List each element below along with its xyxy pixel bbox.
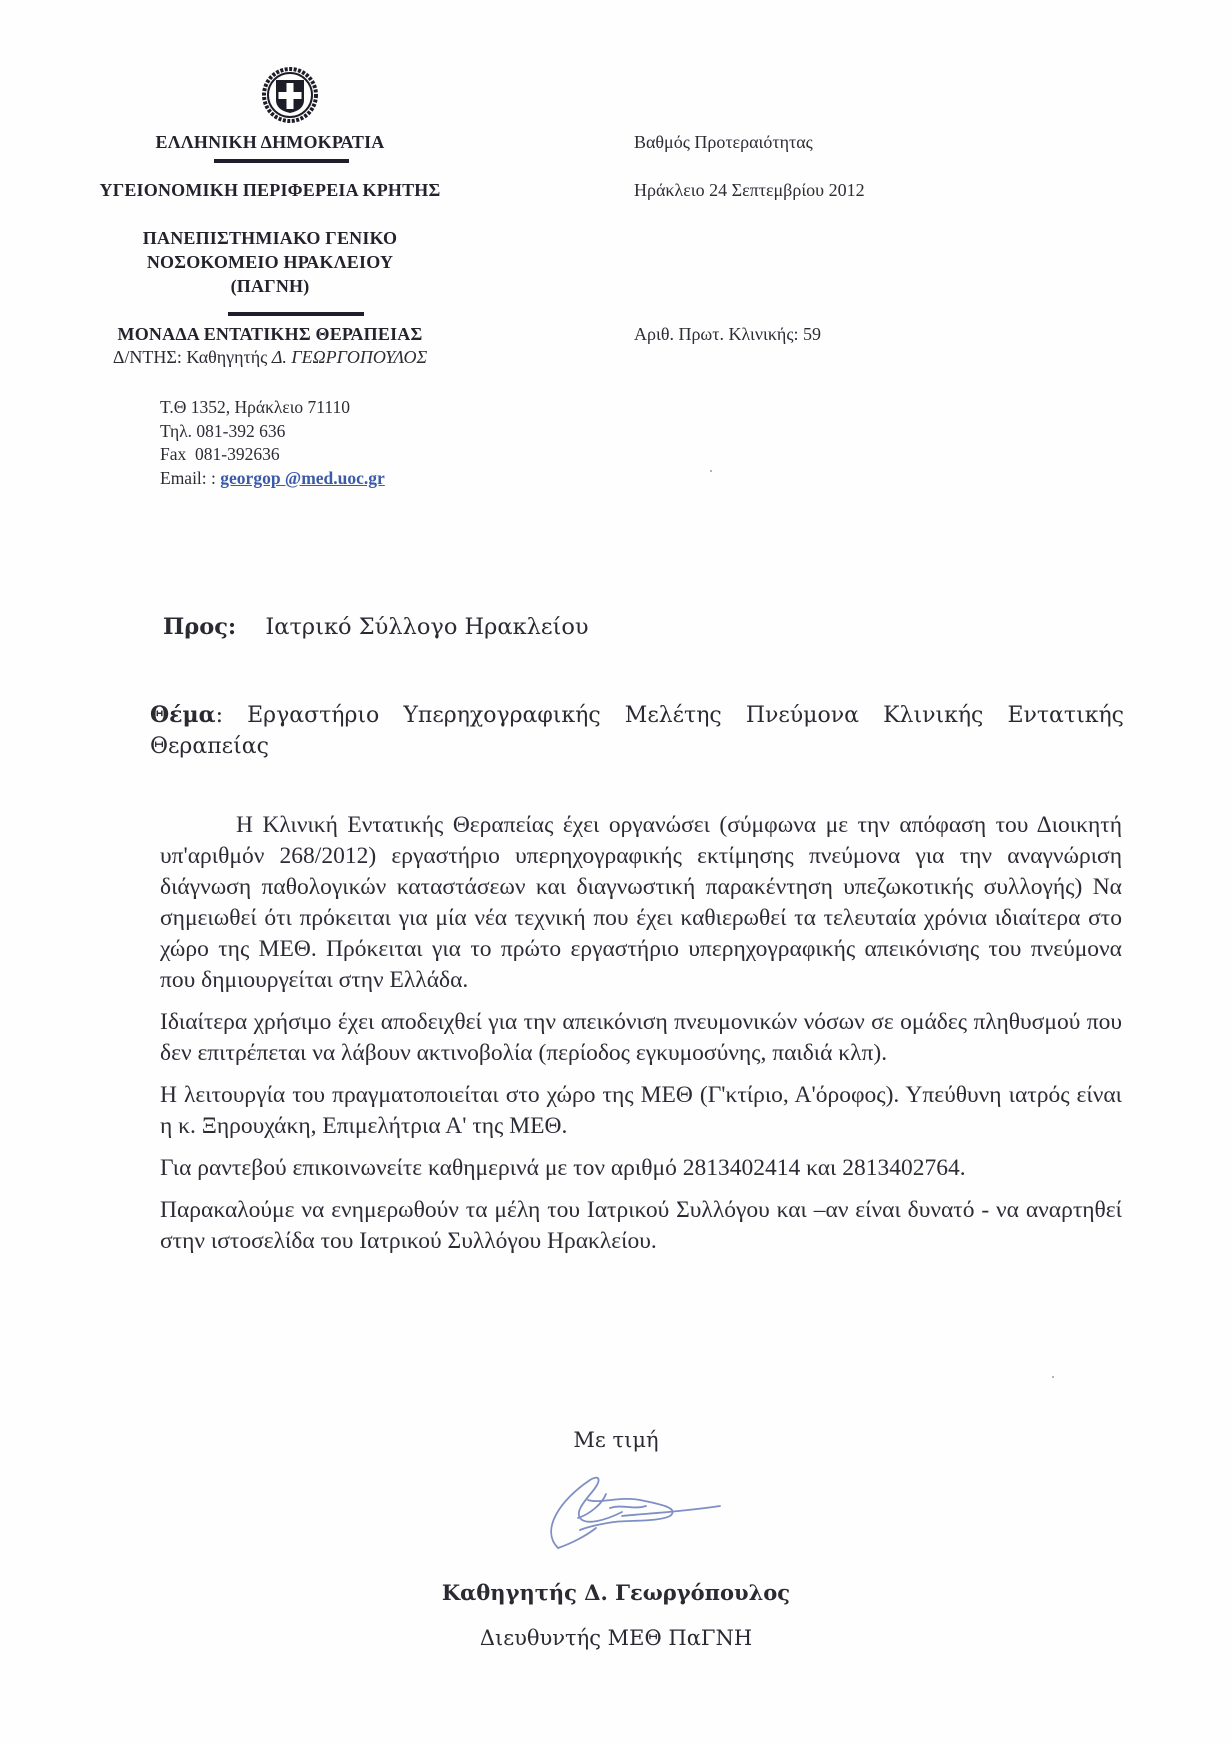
subject-continuation: Θεραπείας: [150, 731, 1124, 762]
place-and-date: Ηράκλειο 24 Σεπτεμβρίου 2012: [634, 180, 865, 201]
salutation: Με τιμή: [0, 1428, 1232, 1452]
subject-word: Μελέτης: [625, 700, 722, 731]
region-heading: ΥΓΕΙΟΝΟΜΙΚΗ ΠΕΡΙΦΕΡΕΙΑ ΚΡΗΤΗΣ: [0, 180, 540, 201]
email-link[interactable]: georgop @med.uoc.gr: [220, 468, 385, 488]
subject-block: Θέμα: ΕργαστήριοΥπερηχογραφικήςΜελέτηςΠν…: [150, 700, 1124, 762]
body-paragraph: Η Κλινική Εντατικής Θεραπείας έχει οργαν…: [160, 810, 1122, 996]
fax-number: Fax 081-392636: [160, 443, 385, 467]
hospital-heading-line1: ΠΑΝΕΠΙΣΤΗΜΙΑΚΟ ΓΕΝΙΚΟ: [0, 228, 540, 249]
director-label: Δ/ΝΤΗΣ:: [113, 347, 182, 367]
phone-number: Τηλ. 081-392 636: [160, 420, 385, 444]
letter-body: Η Κλινική Εντατικής Θεραπείας έχει οργαν…: [160, 810, 1122, 1268]
subject-label: Θέμα:: [150, 700, 223, 731]
director-line: Δ/ΝΤΗΣ: Καθηγητής Δ. ΓΕΩΡΓΟΠΟΥΛΟΣ: [0, 347, 540, 368]
unit-heading: ΜΟΝΑΔΑ ΕΝΤΑΤΙΚΗΣ ΘΕΡΑΠΕΙΑΣ: [0, 324, 540, 345]
hospital-divider: [228, 312, 364, 316]
priority-level: Βαθμός Προτεραιότητας: [634, 132, 813, 153]
heading-divider: [214, 159, 349, 163]
body-paragraph: Για ραντεβού επικοινωνείτε καθημερινά με…: [160, 1153, 1122, 1184]
greek-coat-of-arms-icon: [261, 66, 319, 124]
subject-word: Πνεύμονα: [746, 700, 859, 731]
recipient-value: Ιατρικό Σύλλογο Ηρακλείου: [265, 614, 588, 640]
email-line: Email: : georgop @med.uoc.gr: [160, 467, 385, 491]
subject-word: Υπερηχογραφικής: [403, 700, 600, 731]
hospital-abbreviation: (ΠΑΓΝΗ): [0, 276, 540, 297]
contact-block: Τ.Θ 1352, Ηράκλειο 71110 Τηλ. 081-392 63…: [160, 396, 385, 490]
subject-word: Κλινικής: [883, 700, 983, 731]
director-title: Καθηγητής: [186, 347, 267, 367]
recipient-line: Προς: Ιατρικό Σύλλογο Ηρακλείου: [163, 614, 589, 640]
scan-speck: [1052, 1376, 1054, 1378]
letter-page: ΕΛΛΗΝΙΚΗ ΔΗΜΟΚΡΑΤΙΑ ΥΓΕΙΟΝΟΜΙΚΗ ΠΕΡΙΦΕΡΕ…: [0, 0, 1232, 1744]
protocol-number: Αριθ. Πρωτ. Κλινικής: 59: [634, 324, 821, 345]
scan-speck: [710, 470, 712, 472]
subject-word: Εργαστήριο: [247, 700, 379, 731]
email-label: Email: :: [160, 468, 216, 488]
signatory-position: Διευθυντής ΜΕΘ ΠαΓΝΗ: [0, 1626, 1232, 1650]
recipient-label: Προς:: [163, 614, 236, 640]
country-heading: ΕΛΛΗΝΙΚΗ ΔΗΜΟΚΡΑΤΙΑ: [0, 132, 540, 153]
subject-word: Εντατικής: [1007, 700, 1124, 731]
postal-address: Τ.Θ 1352, Ηράκλειο 71110: [160, 396, 385, 420]
hospital-heading-line2: ΝΟΣΟΚΟΜΕΙΟ ΗΡΑΚΛΕΙΟΥ: [0, 252, 540, 273]
signatory-name: Καθηγητής Δ. Γεωργόπουλος: [0, 1580, 1232, 1605]
handwritten-signature-icon: [530, 1460, 750, 1560]
director-name: Δ. ΓΕΩΡΓΟΠΟΥΛΟΣ: [272, 347, 427, 367]
body-paragraph: Η λειτουργία του πραγματοποιείται στο χώ…: [160, 1080, 1122, 1142]
body-paragraph: Παρακαλούμε να ενημερωθούν τα μέλη του Ι…: [160, 1195, 1122, 1257]
body-paragraph: Ιδιαίτερα χρήσιμο έχει αποδειχθεί για τη…: [160, 1007, 1122, 1069]
